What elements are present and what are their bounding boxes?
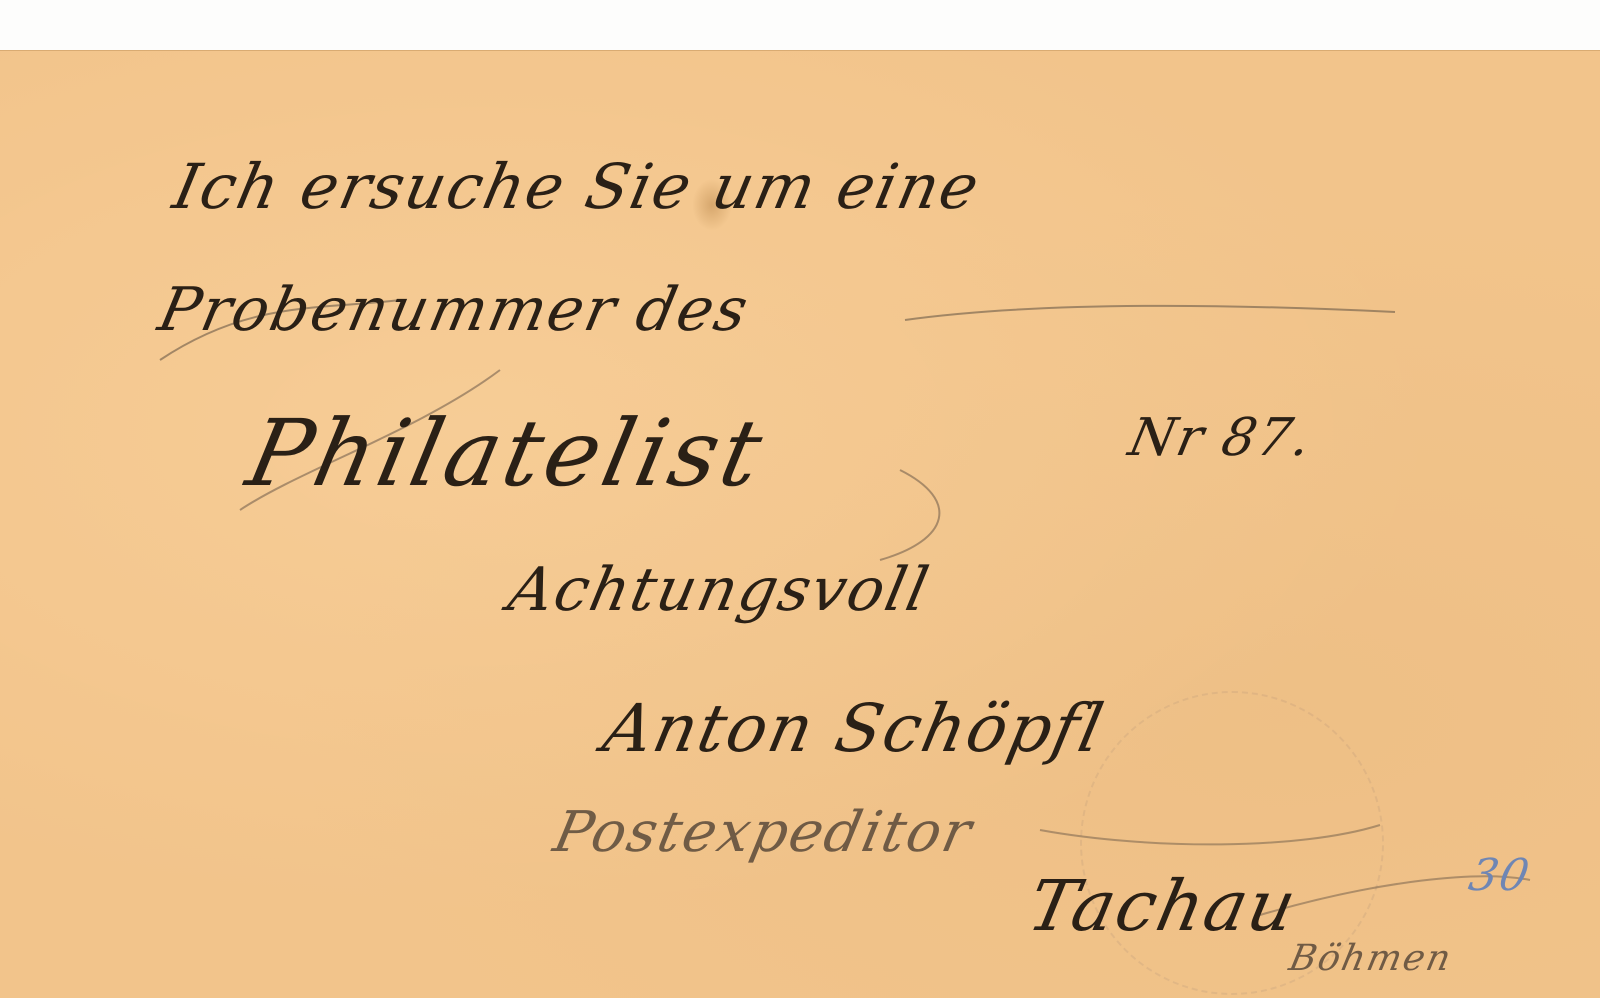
blue-annotation: 30 bbox=[1465, 850, 1536, 901]
sender-title: Postexpeditor bbox=[548, 800, 979, 865]
sender-signature: Anton Schöpfl bbox=[597, 690, 1111, 767]
sender-place: Tachau bbox=[1021, 865, 1305, 947]
message-line-2: Probenummer des bbox=[153, 275, 756, 345]
sender-region: Böhmen bbox=[1286, 938, 1457, 979]
publication-name: Philatelist bbox=[239, 400, 775, 507]
message-line-1: Ich ersuche Sie um eine bbox=[167, 150, 987, 223]
issue-number: Nr 87. bbox=[1124, 408, 1318, 468]
closing-salutation: Achtungsvoll bbox=[503, 555, 936, 625]
